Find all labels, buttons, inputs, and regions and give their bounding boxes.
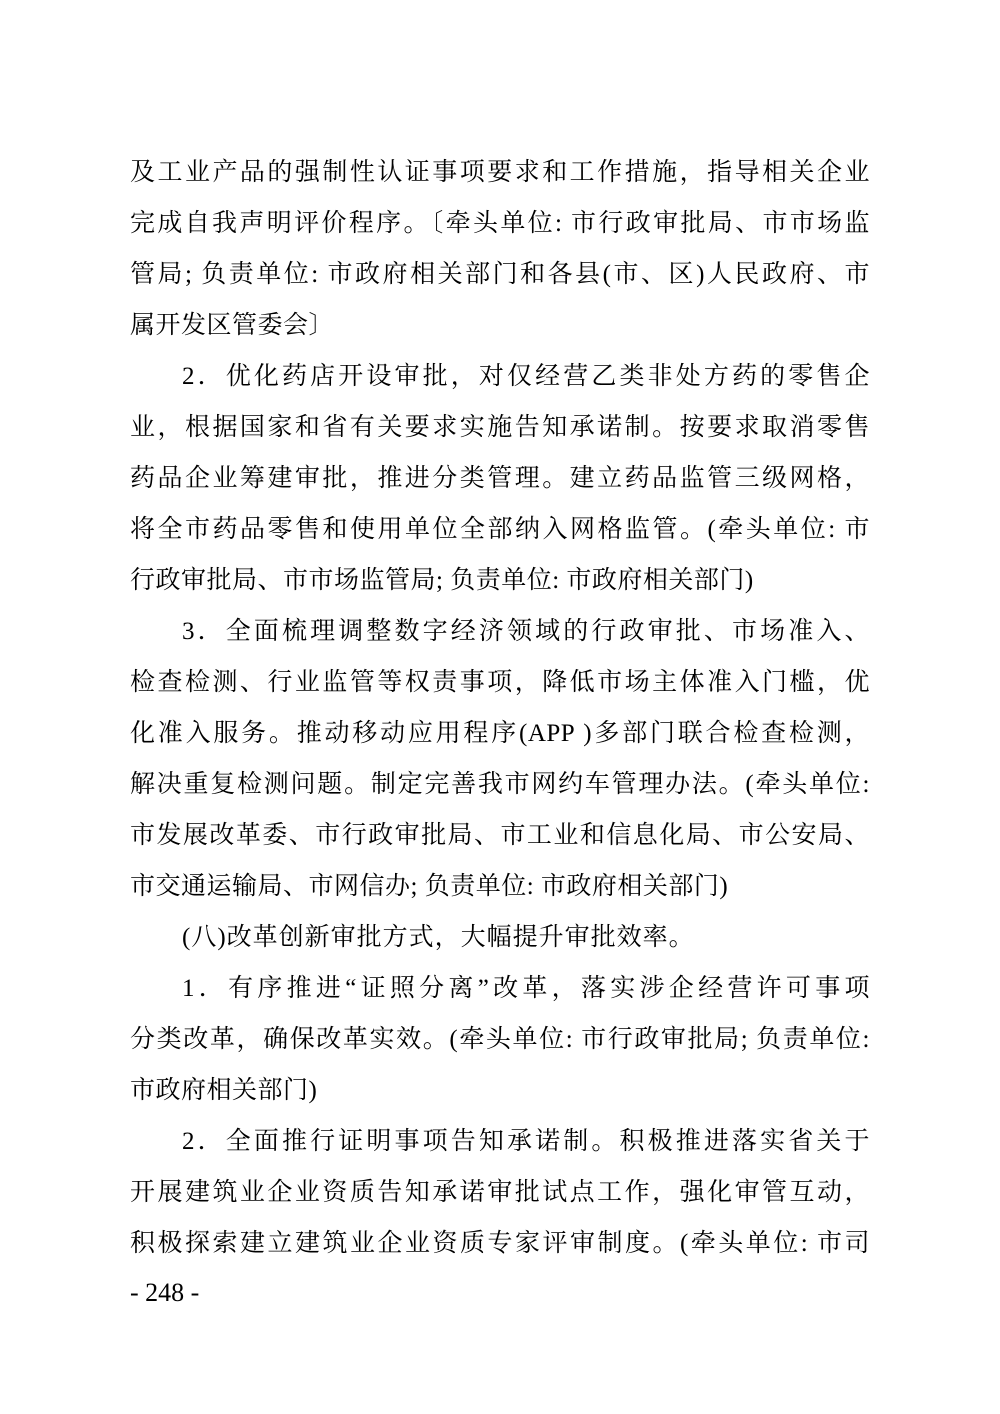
text-line: 业，根据国家和省有关要求实施告知承诺制。按要求取消零售 bbox=[130, 402, 870, 453]
text-line: 解决重复检测问题。制定完善我市网约车管理办法。(牵头单位: bbox=[130, 759, 870, 810]
text-line: 2．全面推行证明事项告知承诺制。积极推进落实省关于 bbox=[130, 1116, 870, 1167]
text-line: 药品企业筹建审批，推进分类管理。建立药品监管三级网格， bbox=[130, 453, 870, 504]
text-line: 积极探索建立建筑业企业资质专家评审制度。(牵头单位: 市司 bbox=[130, 1218, 870, 1269]
paragraph-item-2-pharmacy-approval: 2．优化药店开设审批，对仅经营乙类非处方药的零售企业，根据国家和省有关要求实施告… bbox=[130, 351, 870, 606]
paragraph-item-1-license-separation: 1．有序推进“证照分离”改革，落实涉企经营许可事项分类改革，确保改革实效。(牵头… bbox=[130, 963, 870, 1116]
page-number: - 248 - bbox=[130, 1276, 199, 1310]
text-line: 行政审批局、市市场监管局; 负责单位: 市政府相关部门) bbox=[130, 555, 870, 606]
document-page: 及工业产品的强制性认证事项要求和工作措施，指导相关企业完成自我声明评价程序。〔牵… bbox=[0, 0, 1000, 1414]
paragraph-item-2-certification-commitment: 2．全面推行证明事项告知承诺制。积极推进落实省关于开展建筑业企业资质告知承诺审批… bbox=[130, 1116, 870, 1269]
paragraph-item-3-digital-economy: 3．全面梳理调整数字经济领域的行政审批、市场准入、检查检测、行业监管等权责事项，… bbox=[130, 606, 870, 912]
paragraph-continued-from-previous-page: 及工业产品的强制性认证事项要求和工作措施，指导相关企业完成自我声明评价程序。〔牵… bbox=[130, 147, 870, 351]
text-line: 检查检测、行业监管等权责事项，降低市场主体准入门槛，优 bbox=[130, 657, 870, 708]
text-line: 市发展改革委、市行政审批局、市工业和信息化局、市公安局、 bbox=[130, 810, 870, 861]
text-line: 3．全面梳理调整数字经济领域的行政审批、市场准入、 bbox=[130, 606, 870, 657]
document-content: 及工业产品的强制性认证事项要求和工作措施，指导相关企业完成自我声明评价程序。〔牵… bbox=[130, 147, 870, 1269]
text-line: 市交通运输局、市网信办; 负责单位: 市政府相关部门) bbox=[130, 861, 870, 912]
text-line: (八)改革创新审批方式，大幅提升审批效率。 bbox=[130, 912, 870, 963]
text-line: 化准入服务。推动移动应用程序(APP )多部门联合检查检测， bbox=[130, 708, 870, 759]
text-line: 属开发区管委会〕 bbox=[130, 300, 870, 351]
text-line: 分类改革，确保改革实效。(牵头单位: 市行政审批局; 负责单位: bbox=[130, 1014, 870, 1065]
text-line: 管局; 负责单位: 市政府相关部门和各县(市、区)人民政府、市 bbox=[130, 249, 870, 300]
text-line: 市政府相关部门) bbox=[130, 1065, 870, 1116]
text-line: 完成自我声明评价程序。〔牵头单位: 市行政审批局、市市场监 bbox=[130, 198, 870, 249]
paragraph-heading-section-8: (八)改革创新审批方式，大幅提升审批效率。 bbox=[130, 912, 870, 963]
text-line: 1．有序推进“证照分离”改革，落实涉企经营许可事项 bbox=[130, 963, 870, 1014]
text-line: 将全市药品零售和使用单位全部纳入网格监管。(牵头单位: 市 bbox=[130, 504, 870, 555]
text-line: 及工业产品的强制性认证事项要求和工作措施，指导相关企业 bbox=[130, 147, 870, 198]
text-line: 2．优化药店开设审批，对仅经营乙类非处方药的零售企 bbox=[130, 351, 870, 402]
text-line: 开展建筑业企业资质告知承诺审批试点工作，强化审管互动， bbox=[130, 1167, 870, 1218]
